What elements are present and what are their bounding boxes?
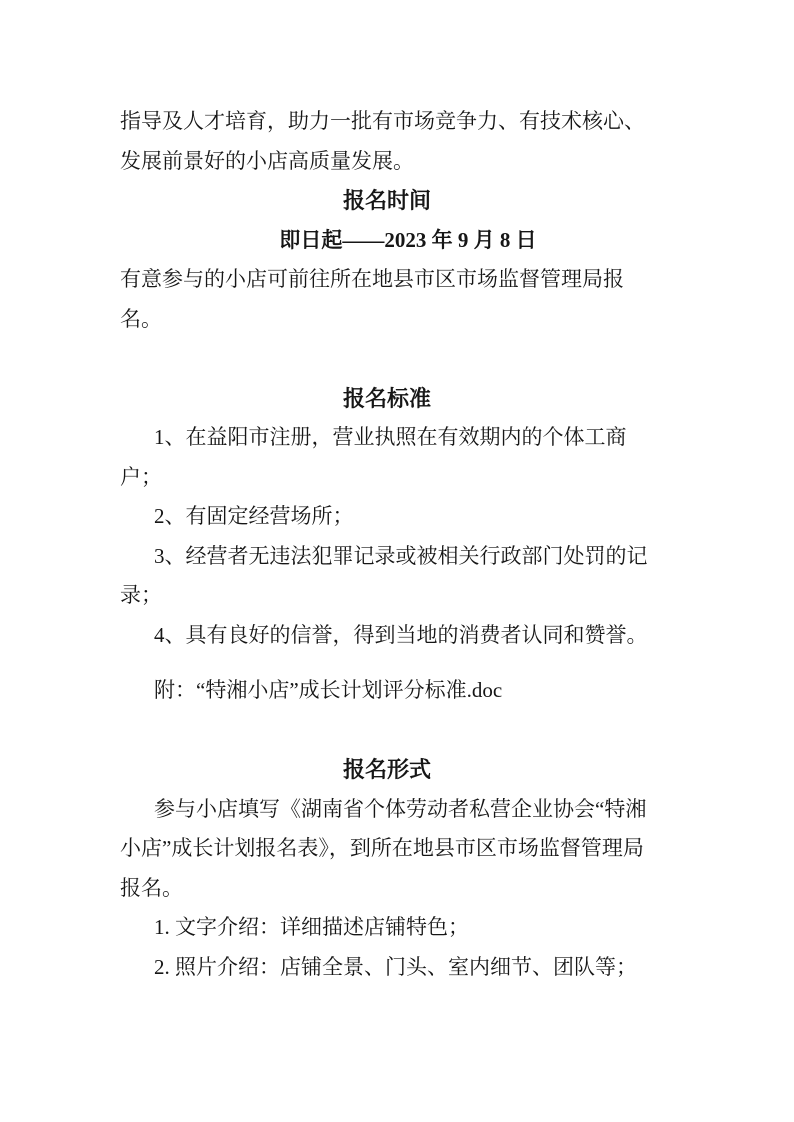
standard-item: 2、有固定经营场所； <box>120 497 654 537</box>
heading-registration-standard: 报名标准 <box>120 379 654 419</box>
form-item: 1. 文字介绍：详细描述店铺特色； <box>120 908 654 948</box>
attachment-line: 附：“特湘小店”成长计划评分标准.doc <box>120 671 654 711</box>
document-page: 指导及人才培育，助力一批有市场竞争力、有技术核心、发展前景好的小店高质量发展。 … <box>0 0 794 1122</box>
paragraph-apply-location: 有意参与的小店可前往所在地县市区市场监督管理局报名。 <box>120 260 654 339</box>
blank-line <box>120 711 654 751</box>
paragraph-form-intro: 参与小店填写《湖南省个体劳动者私营企业协会“特湘小店”成长计划报名表》，到所在地… <box>120 790 654 909</box>
paragraph-intro: 指导及人才培育，助力一批有市场竞争力、有技术核心、发展前景好的小店高质量发展。 <box>120 102 654 181</box>
heading-registration-time: 报名时间 <box>120 181 654 221</box>
standard-item: 3、经营者无违法犯罪记录或被相关行政部门处罚的记录； <box>120 537 654 616</box>
date-range-line: 即日起——2023 年 9 月 8 日 <box>120 221 654 261</box>
standard-item: 1、在益阳市注册，营业执照在有效期内的个体工商户； <box>120 418 654 497</box>
form-item: 2. 照片介绍：店铺全景、门头、室内细节、团队等； <box>120 948 654 988</box>
heading-registration-form: 报名形式 <box>120 750 654 790</box>
blank-line <box>120 339 654 379</box>
standard-item: 4、具有良好的信誉，得到当地的消费者认同和赞誉。 <box>120 616 654 656</box>
